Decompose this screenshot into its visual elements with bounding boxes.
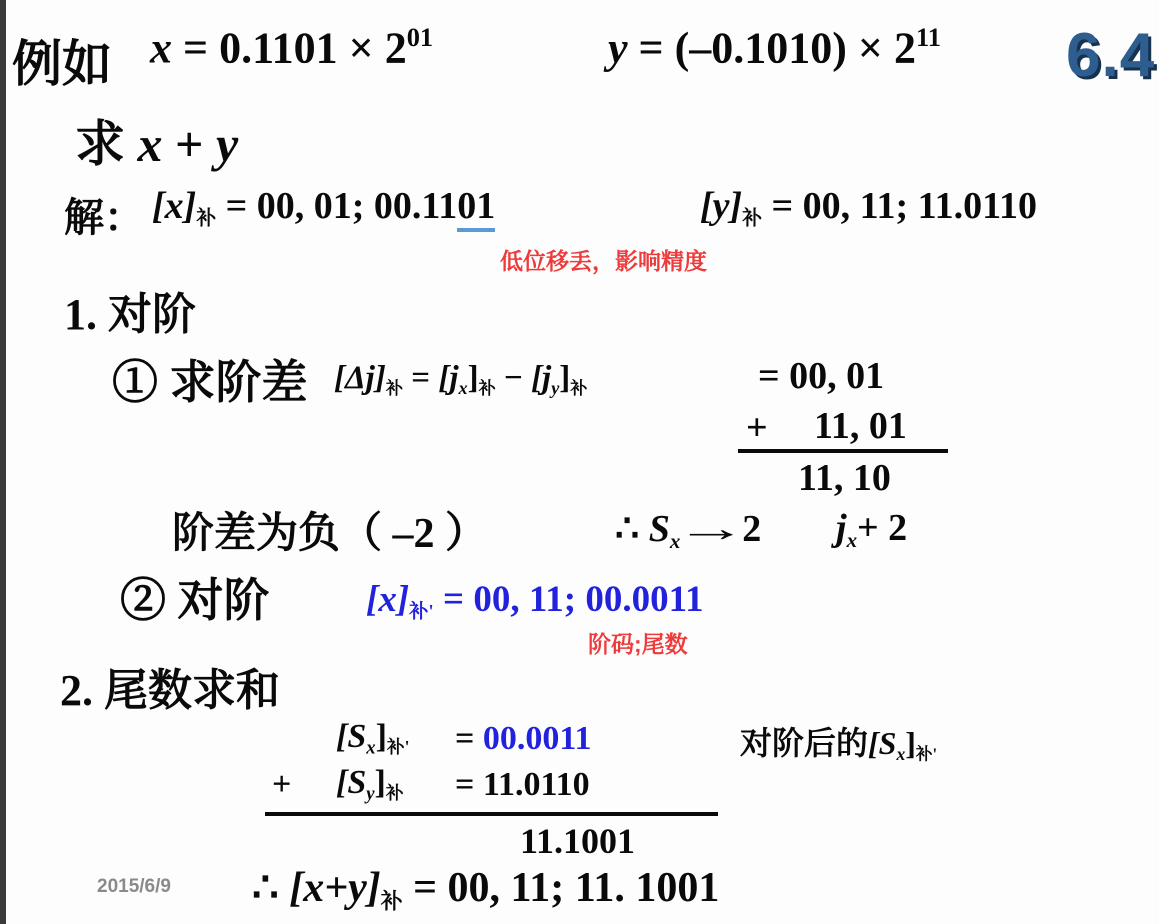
mantissa-sum-rule-line: [265, 812, 718, 816]
s-variable: S: [649, 508, 670, 550]
x-variable: x: [150, 23, 172, 72]
x-comp-lhs: [x]: [152, 185, 196, 227]
y-comp-sub: 补: [742, 208, 762, 230]
addition-plus: +: [746, 406, 768, 450]
task-y: y: [216, 116, 238, 172]
y-comp-lhs: [y]: [700, 185, 742, 227]
x-comp-value: 00, 01; 00.11: [257, 185, 458, 227]
sx-row-value: = 00.0011: [455, 720, 592, 758]
sx-value: 00.0011: [483, 720, 592, 757]
y-definition: y = (–0.1010) × 211: [608, 22, 941, 73]
section-badge: 6.4: [1066, 20, 1155, 91]
sx-note-busub: 补': [916, 745, 937, 764]
final-value: = 00, 11; 11. 1001: [403, 865, 720, 911]
sy-sub: y: [366, 783, 374, 804]
task-plus: +: [163, 116, 217, 172]
therefore-sign: ∴: [615, 508, 649, 550]
x-definition: x = 0.1101 × 201: [150, 22, 433, 73]
y-base: 2: [894, 23, 916, 72]
aligned-x-sub: 补': [409, 602, 434, 623]
minus-sign: −: [496, 360, 531, 396]
y-variable: y: [608, 23, 628, 72]
final-busub: 补: [381, 889, 403, 913]
slide: 例如 x = 0.1101 × 201 y = (–0.1010) × 211 …: [0, 0, 1159, 924]
sy-row-value: = 11.0110: [455, 766, 590, 804]
substep1-label: ① 求阶差: [112, 346, 308, 412]
right-arrow-icon: →: [675, 507, 747, 551]
aligned-x-value: 00, 11; 00.0011: [473, 579, 703, 620]
step1-title: 1. 对阶: [64, 278, 196, 342]
x-comp-value-underlined: 01: [457, 185, 495, 232]
task-label: 求: [75, 116, 125, 172]
y-complement-formula: [y]补 = 00, 11; 11.0110: [700, 184, 1037, 231]
addition-operand: 11, 01: [814, 404, 907, 448]
sx-note-open: [S: [868, 725, 896, 761]
final-open: [x+y]: [289, 865, 381, 911]
addition-sum: 11, 10: [798, 456, 891, 500]
y-exponent: 11: [916, 22, 941, 52]
exponent-diff-result: = 00, 01: [758, 354, 884, 398]
substep2-label: ② 对阶: [120, 564, 270, 630]
dj-sub: 补: [386, 379, 403, 398]
sx-aligned-note: 对阶后的[Sx]补': [740, 718, 937, 765]
jx-busub: 补: [479, 379, 496, 398]
exponent-adjust: jx+ 2: [836, 506, 907, 553]
slide-date: 2015/6/9: [97, 876, 171, 898]
y-body: = (–0.1010): [628, 23, 847, 72]
jx-open: [j: [438, 360, 458, 396]
fields-note: 阶码;尾数: [588, 626, 688, 659]
mantissa-plus: +: [272, 766, 291, 804]
aligned-x-formula: [x]补' = 00, 11; 00.0011: [366, 578, 704, 624]
sy-open: [S: [336, 764, 366, 801]
final-result: ∴ [x+y]补 = 00, 11; 11. 1001: [252, 862, 719, 915]
addition-rule-line: [738, 449, 948, 453]
dj-eq: =: [403, 360, 438, 396]
sx-sub: x: [366, 737, 375, 758]
sy-close: ]: [375, 764, 386, 801]
solve-label: 解：: [64, 186, 144, 243]
j-variable: j: [836, 507, 847, 549]
sx-note-close: ]: [905, 725, 916, 761]
sy-row-lhs: [Sy]补: [336, 764, 404, 805]
jx-sub: x: [459, 378, 468, 398]
aligned-x-eq: =: [434, 579, 474, 620]
x-base: 2: [385, 23, 407, 72]
sx-row-lhs: [Sx]补': [336, 718, 410, 759]
task-x: x: [138, 116, 163, 172]
precision-note: 低位移丢，影响精度: [500, 243, 707, 276]
sx-close: ]: [376, 718, 387, 755]
x-complement-formula: [x]补 = 00, 01; 00.1101: [152, 184, 495, 231]
dj-term: [Δj]: [334, 360, 386, 396]
sy-busub: 补: [386, 783, 404, 803]
y-comp-value: 00, 11; 11.0110: [803, 185, 1037, 227]
y-comp-eq: =: [762, 185, 803, 227]
left-edge-bar: [0, 0, 6, 924]
multiply-sign-y: ×: [847, 23, 894, 72]
example-label: 例如: [12, 24, 112, 96]
x-exponent: 01: [407, 22, 433, 52]
sy-value: 11.0110: [483, 766, 590, 803]
sx-note-sub: x: [896, 744, 905, 764]
diff-negative-note: 阶差为负（ –2 ）: [172, 500, 487, 560]
j-sub: x: [847, 528, 857, 552]
shift-conclusion: ∴ Sx→2: [615, 506, 761, 554]
x-body: = 0.1101: [172, 23, 338, 72]
jy-open: [j: [531, 360, 551, 396]
exponent-diff-formula: [Δj]补 = [jx]补 − [jy]补: [334, 360, 587, 399]
j-rest: + 2: [857, 507, 907, 549]
aligned-x-open: [x]: [366, 579, 409, 620]
jy-busub: 补: [570, 379, 587, 398]
sx-busub: 补': [387, 737, 410, 757]
task-line: 求 x + y: [75, 104, 238, 176]
jx-close: ]: [468, 360, 479, 396]
x-comp-eq: =: [216, 185, 257, 227]
final-therefore-sign: ∴: [252, 865, 289, 911]
step2-title: 2. 尾数求和: [60, 654, 280, 718]
x-comp-sub: 补: [196, 208, 216, 230]
mantissa-sum-value: 11.1001: [520, 820, 635, 862]
jy-close: ]: [559, 360, 570, 396]
multiply-sign-x: ×: [338, 23, 385, 72]
sx-open: [S: [336, 718, 366, 755]
sx-note-prefix: 对阶后的: [740, 725, 868, 761]
sy-eq: =: [455, 766, 483, 803]
sx-eq: =: [455, 720, 483, 757]
